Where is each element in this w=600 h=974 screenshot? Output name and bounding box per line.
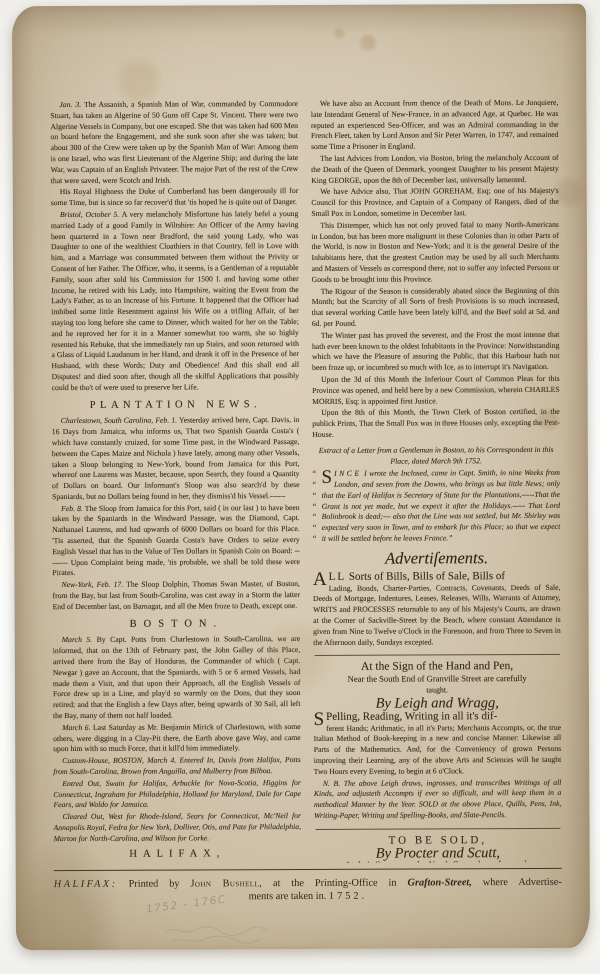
ad-tobesold-by: By Procter and Scutt, — [314, 847, 562, 859]
printed-area: Jan. 3. The Assanish, a Spanish Man of W… — [50, 98, 561, 903]
pencil-scribble — [162, 921, 272, 947]
article-march6: March 6. Last Saturday as Mr. Benjamin M… — [53, 722, 301, 755]
ad-text: ferent Hands; Arithmatic, in all it's Pa… — [314, 723, 562, 776]
article-chignecto: By our last Advices from Chignecto, The … — [54, 862, 302, 864]
article-text: The Sloop from Jamaica for this Port, sa… — [52, 503, 300, 578]
article-text: Cleared Out, West for Rhode-Island, Sear… — [54, 811, 302, 843]
article-text: Upon the 3d of this Month the Inferiour … — [312, 374, 560, 406]
article-cleared-out: Cleared Out, West for Rhode-Island, Sear… — [53, 811, 301, 844]
drop-cap: A — [313, 572, 327, 587]
quote-mark: “ — [312, 469, 321, 480]
quote-marks: “ “ “ “ “ “ “ — [312, 469, 321, 545]
quote-lead: I wrote the Inclosed, came in Capt. Smit… — [364, 468, 522, 478]
ad-bills-body: Lading, Bonds, Charter-Parties, Contract… — [313, 583, 561, 649]
article-text: We have Advice also, That JOHN GOREHAM, … — [311, 186, 559, 218]
extract-intro: Extract of a Letter from a Gentleman in … — [312, 445, 560, 468]
imprint-line: HALIFAX: Printed by John Bushell, at the… — [54, 876, 562, 891]
ad-handpen-by: By Leigh and Wragg, — [313, 698, 561, 710]
article-customhouse: Custom-House, BOSTON, March 4. Entered I… — [53, 755, 301, 778]
quote-mark: “ — [313, 491, 322, 502]
right-column: We have also an Account from thence of t… — [311, 98, 562, 863]
article-queen-denmark: The last Advices from London, via Boston… — [311, 153, 559, 186]
article-cumberland: His Royal Highness the Duke of Cumberlan… — [51, 186, 299, 209]
imprint-continuation: ments are taken in. — [249, 891, 327, 902]
article-charlestown: Charlestown, South Carolina, Feb. 1. Yes… — [52, 415, 300, 502]
scan-background: Jan. 3. The Assanish, a Spanish Man of W… — [0, 0, 600, 974]
imprint-line2: ments are taken in. 1752. — [54, 890, 562, 903]
article-text: The last Advices from London, via Boston… — [311, 153, 559, 185]
left-column: Jan. 3. The Assanish, a Spanish Man of W… — [50, 99, 301, 864]
article-winter: The Winter past has proved the severest,… — [312, 330, 560, 374]
dateline: Feb. 8. — [61, 504, 83, 513]
article-distemper: This Distemper, which has not only prove… — [311, 220, 559, 286]
quote-text: SINCE I wrote the Inclosed, came in Capt… — [321, 468, 560, 545]
article-text: The Assanish, a Spanish Man of War, comm… — [50, 99, 298, 185]
article-townclerk: Upon the 8th of this Month, the Town Cle… — [312, 407, 560, 440]
quote-mark: “ — [313, 512, 322, 523]
ad-handpen-subtitle: Near the South End of Granville Street a… — [313, 673, 561, 685]
imprint-tail: where Advertise- — [483, 877, 562, 888]
article-text: A very melancholy Misfortune has lately … — [51, 209, 299, 392]
article-text: The Winter past has proved the severest,… — [312, 330, 560, 372]
advertisements-heading: Advertiſements. — [313, 553, 561, 565]
column-layout: Jan. 3. The Assanish, a Spanish Man of W… — [50, 98, 561, 864]
imprint-halifax: HALIFAX: — [54, 879, 118, 890]
ad-handpen-nb: N. B. The above Leigh draws, ingrosses, … — [314, 777, 562, 821]
quote-mark: “ — [313, 523, 322, 534]
article-text: Upon the 8th of this Month, the Town Cle… — [312, 407, 560, 439]
article-text: By Capt. Potts from Charlestown in South… — [53, 634, 301, 720]
article-goreham: We have Advice also, That JOHN GOREHAM, … — [311, 186, 559, 219]
article-jonquiere: We have also an Account from thence of t… — [311, 98, 559, 153]
drop-cap: S — [314, 712, 325, 727]
article-feb8: Feb. 8. The Sloop from Jamaica for this … — [52, 503, 300, 580]
article-text: Last Saturday as Mr. Benjamin Mirick of … — [53, 722, 301, 754]
article-court: Upon the 3d of this Month the Inferiour … — [312, 374, 560, 407]
article-bristol: Bristol, October 5. A very melancholy Mi… — [51, 209, 299, 394]
imprint-printed-by: Printed by — [129, 879, 180, 890]
dateline: March 5. — [62, 635, 92, 644]
dateline: Charlestown, South Carolina, Feb. 1. — [61, 416, 177, 426]
imprint-office: at the Printing-Office in — [273, 878, 397, 890]
article-text: Yesterday arrived here, Capt. Davis, in … — [52, 415, 300, 501]
ad-handpen-body: ferent Hands; Arithmatic, in all it's Pa… — [314, 723, 562, 778]
article-text: This Distemper, which has not only prove… — [311, 220, 559, 284]
article-rigour: The Rigour of the Season is considerably… — [312, 285, 560, 329]
quote-caps: INCE — [334, 469, 362, 478]
article-entred-out: Entred Out, Swain for Halifax, Arbuckle … — [53, 778, 301, 811]
article-text: We have also an Account from thence of t… — [311, 98, 559, 151]
ad-handpen-title: At the Sign of the Hand and Pen, — [313, 661, 561, 673]
article-jan3: Jan. 3. The Assanish, a Spanish Man of W… — [50, 99, 298, 186]
imprint-year: 1752. — [329, 891, 367, 902]
article-text: The Rigour of the Season is considerably… — [312, 285, 560, 327]
ad-lead-text: Sorts of Bills, Bills of Sale, Bills of — [349, 570, 505, 583]
quote-mark: “ — [313, 534, 322, 545]
ad-handpen-lead: SPelling, Reading, Writing in all it's d… — [314, 710, 562, 723]
drop-cap: S — [321, 470, 332, 485]
section-heading-plantation-news: PLANTATION NEWS. — [52, 400, 300, 412]
ad-tobesold-line: At their Store near the North Gate, chea… — [314, 859, 562, 864]
article-text: His Royal Highness the Duke of Cumberlan… — [51, 186, 298, 207]
advertisement-divider — [314, 654, 560, 656]
advertisement-divider — [315, 828, 561, 830]
quote-mark: “ — [313, 502, 322, 513]
letter-quote: “ “ “ “ “ “ “ SINCE I wrote the Inclosed… — [312, 468, 560, 545]
article-text: By our last Advices from Chignecto, The … — [54, 862, 302, 864]
ad-bills-lead: ALL Sorts of Bills, Bills of Sale, Bills… — [313, 570, 561, 583]
newspaper-page: Jan. 3. The Assanish, a Spanish Man of W… — [12, 4, 590, 950]
article-newyork: New-York, Feb. 17. The Sloop Dolphin, Th… — [52, 579, 300, 612]
ad-caps: LL — [329, 570, 347, 582]
imprint-street: Grafton-Street, — [407, 877, 471, 888]
quote-body: Weeks from London, and seven from the Do… — [322, 468, 561, 543]
section-heading-boston: BOSTON. — [53, 619, 301, 631]
dateline: Bristol, October 5. — [60, 210, 119, 219]
footer-rule — [54, 868, 562, 871]
ad-text: Lading, Bonds, Charter-Parties, Contract… — [313, 583, 561, 647]
dateline: March 6. — [62, 723, 90, 732]
ad-text: N. B. The above Leigh draws, ingrosses, … — [314, 777, 562, 819]
quote-mark: “ — [313, 480, 322, 491]
dateline: New-York, Feb. 17. — [61, 580, 123, 589]
dateline: Custom-House, BOSTON, March 4. — [62, 756, 176, 765]
imprint-printer-name: John Bushell, — [190, 878, 262, 889]
article-march5: March 5. By Capt. Potts from Charlestown… — [53, 634, 301, 721]
dateline: Jan. 3. — [59, 100, 81, 109]
section-heading-halifax: HALIFAX, — [54, 849, 302, 861]
ad-lead-text: Pelling, Reading, Writing in all it's di… — [326, 710, 497, 723]
article-text: Entred Out, Swain for Halifax, Arbuckle … — [53, 778, 301, 810]
